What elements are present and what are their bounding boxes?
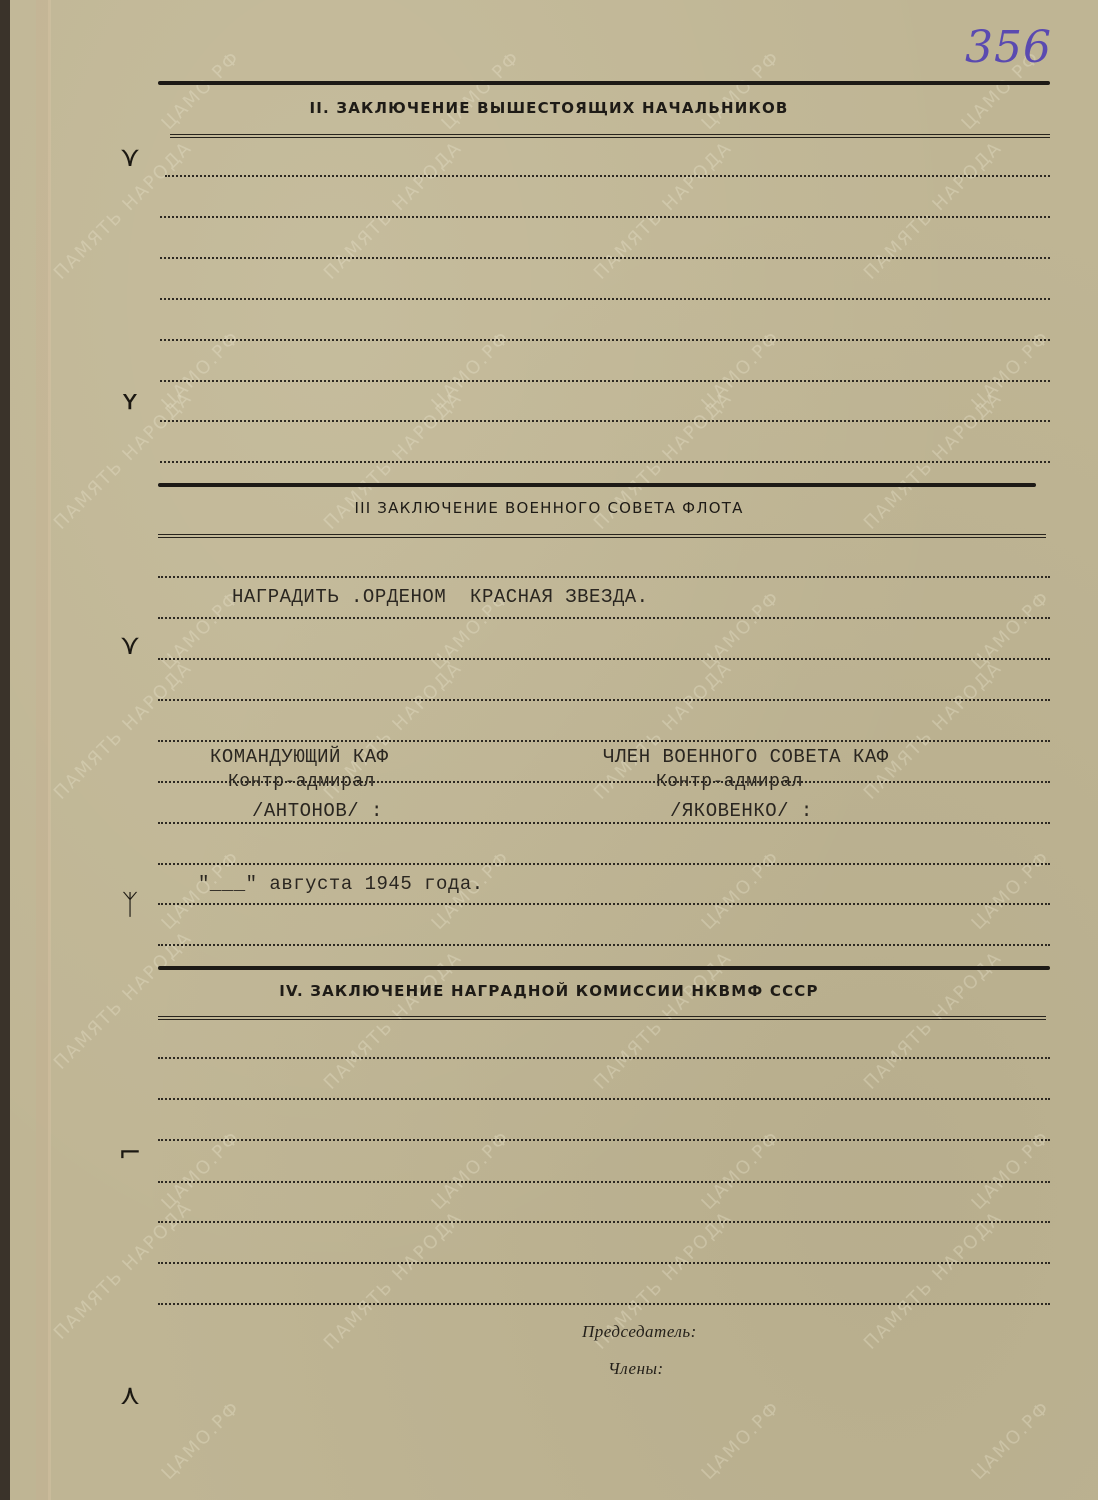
watermark: ЦАМО.РФ — [698, 587, 785, 674]
form-line — [158, 699, 1050, 701]
watermark: ЦАМО.РФ — [968, 1397, 1055, 1484]
form-line — [160, 380, 1050, 382]
punch-hole-icon: ⋎ — [110, 142, 150, 172]
section-rule — [158, 483, 1036, 487]
section-rule — [158, 81, 1050, 85]
form-line — [158, 903, 1050, 905]
watermark: ПАМЯТЬ НАРОДА — [320, 1207, 467, 1354]
section-heading-ii: II. ЗАКЛЮЧЕНИЕ ВЫШЕСТОЯЩИХ НАЧАЛЬНИКОВ — [0, 99, 1098, 117]
form-line — [160, 216, 1050, 218]
members-label: Члены: — [608, 1359, 664, 1379]
fold-line — [48, 0, 51, 1500]
watermark: ПАМЯТЬ НАРОДА — [50, 927, 197, 1074]
watermark: ЦАМО.РФ — [698, 847, 785, 934]
signatory-right-name: /ЯКОВЕНКО/ : — [670, 800, 813, 822]
form-line — [158, 1262, 1050, 1264]
punch-hole-icon: ᛉ — [110, 890, 150, 920]
page-edge — [0, 0, 10, 1500]
section-rule — [158, 966, 1050, 970]
watermark: ЦАМО.РФ — [968, 847, 1055, 934]
form-line — [158, 1139, 1050, 1141]
form-line — [158, 781, 1050, 783]
chairman-label: Председатель: — [582, 1322, 697, 1342]
section-rule — [158, 534, 1046, 538]
section-rule — [158, 1016, 1046, 1020]
form-line — [158, 1181, 1050, 1183]
watermark: ПАМЯТЬ НАРОДА — [50, 1197, 197, 1344]
form-line — [158, 1221, 1050, 1223]
watermark: ЦАМО.РФ — [968, 587, 1055, 674]
section-heading-iii: III ЗАКЛЮЧЕНИЕ ВОЕННОГО СОВЕТА ФЛОТА — [0, 499, 1098, 517]
watermark: ПАМЯТЬ НАРОДА — [860, 137, 1007, 284]
signatory-left-name: /АНТОНОВ/ : — [252, 800, 383, 822]
form-line — [158, 1303, 1050, 1305]
form-line — [160, 257, 1050, 259]
page-number: 356 — [965, 22, 1052, 73]
signatory-right-title: ЧЛЕН ВОЕННОГО СОВЕТА КАФ — [603, 746, 889, 768]
form-line — [160, 298, 1050, 300]
section-rule — [170, 134, 1050, 138]
form-line — [158, 863, 1050, 865]
form-line — [158, 1098, 1050, 1100]
signature-date: "___" августа 1945 года. — [198, 873, 484, 895]
signatory-left-title: КОМАНДУЮЩИЙ КАФ — [210, 746, 389, 768]
watermark: ЦАМО.РФ — [158, 1397, 245, 1484]
form-line — [158, 740, 1050, 742]
form-line — [158, 658, 1050, 660]
form-line — [158, 944, 1050, 946]
watermark: ПАМЯТЬ НАРОДА — [590, 137, 737, 284]
watermark: ЦАМО.РФ — [158, 47, 245, 134]
form-line — [158, 617, 1050, 619]
form-line — [158, 576, 1050, 578]
section-heading-iv: IV. ЗАКЛЮЧЕНИЕ НАГРАДНОЙ КОМИССИИ НКВМФ … — [0, 982, 1098, 1000]
watermark: ЦАМО.РФ — [438, 47, 525, 134]
watermark: ПАМЯТЬ НАРОДА — [320, 137, 467, 284]
punch-hole-icon: ⋏ — [110, 1380, 150, 1410]
punch-hole-icon: ⌐ — [110, 1138, 150, 1168]
punch-hole-icon: ⋎ — [110, 630, 150, 660]
punch-hole-icon: ʏ — [110, 385, 150, 415]
award-decision: НАГРАДИТЬ .ОРДЕНОМ КРАСНАЯ ЗВЕЗДА. — [232, 586, 649, 608]
form-line — [160, 339, 1050, 341]
form-line — [160, 420, 1050, 422]
form-line — [158, 1057, 1050, 1059]
document-page: ⋎ ʏ ⋎ ᛉ ⌐ ⋏ ЦАМО.РФ ЦАМО.РФ ЦАМО.РФ ЦАМО… — [0, 0, 1098, 1500]
form-line — [158, 822, 1050, 824]
watermark: ПАМЯТЬ НАРОДА — [860, 1207, 1007, 1354]
watermark: ЦАМО.РФ — [698, 1397, 785, 1484]
form-line — [160, 461, 1050, 463]
watermark: ЦАМО.РФ — [698, 47, 785, 134]
form-line — [165, 175, 1050, 177]
